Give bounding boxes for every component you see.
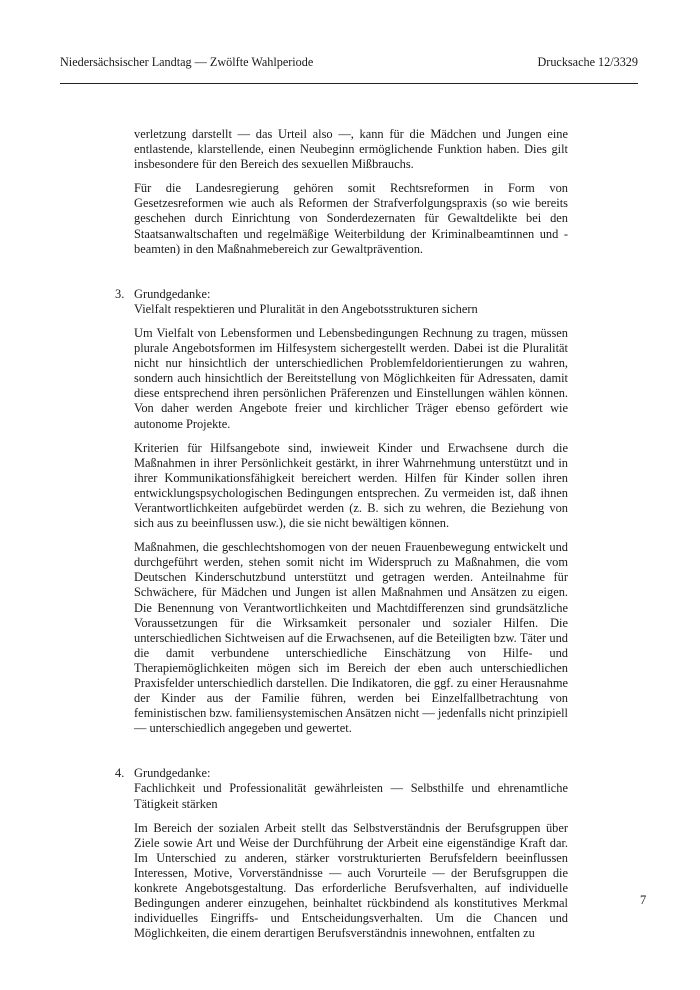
running-header: Niedersächsischer Landtag — Zwölfte Wahl… [60,55,638,75]
section-title: Fachlichkeit und Professionalität gewähr… [134,781,568,811]
paragraph: Kriterien für Hilfsangebote sind, inwiew… [134,441,568,532]
paragraph: verletzung darstellt — das Urteil also —… [134,127,568,172]
paragraph: Für die Landesregierung gehören somit Re… [134,181,568,256]
section-number: 4. [115,766,124,781]
paragraph: Im Bereich der sozialen Arbeit stellt da… [134,821,568,942]
section-4: 4. Grundgedanke: Fachlichkeit und Profes… [134,766,568,941]
header-title: Niedersächsischer Landtag — Zwölfte Wahl… [60,55,313,70]
page-body: verletzung darstellt — das Urteil also —… [134,127,568,950]
section-title: Vielfalt respektieren und Pluralität in … [134,302,568,317]
section-number: 3. [115,287,124,302]
header-rule [60,83,638,84]
page-number: 7 [640,893,646,908]
section-label: Grundgedanke: [134,766,568,781]
section-label: Grundgedanke: [134,287,568,302]
paragraph: Um Vielfalt von Lebensformen und Lebensb… [134,326,568,432]
paragraph: Maßnahmen, die geschlechtshomogen von de… [134,540,568,736]
section-3: 3. Grundgedanke: Vielfalt respektieren u… [134,287,568,737]
document-number: Drucksache 12/3329 [537,55,638,70]
